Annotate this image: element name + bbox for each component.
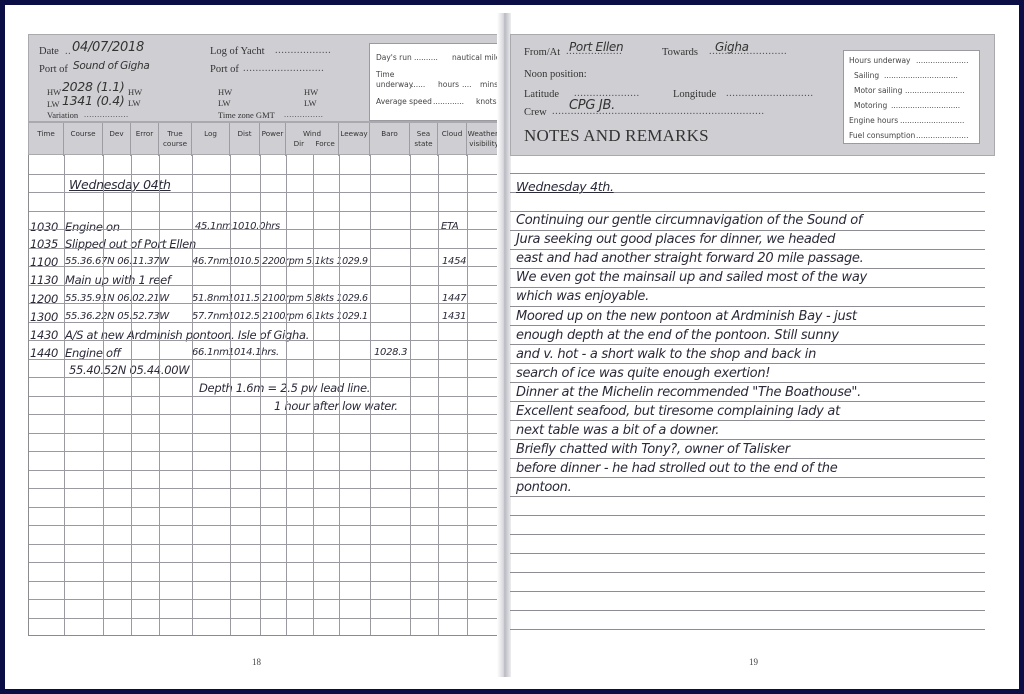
notes-title: NOTES AND REMARKS xyxy=(524,126,709,146)
lw-label: LW xyxy=(47,99,60,109)
ruled-line xyxy=(510,230,985,231)
port-of-2-label: Port of xyxy=(210,64,239,75)
fuel-consumption-label: Fuel consumption xyxy=(849,131,915,140)
day-heading: Wednesday 04th xyxy=(69,177,171,192)
lw-value: 1341 (0.4) xyxy=(62,93,124,108)
entry-time: 1030 xyxy=(30,220,58,234)
hw-label: HW xyxy=(47,87,61,97)
motor-sailing-label: Motor sailing xyxy=(854,86,902,95)
variation-dots: ................. xyxy=(84,109,129,119)
col-wind: Wind Dir Force xyxy=(286,123,339,156)
entry-log: 57.7nm xyxy=(192,311,229,322)
ruled-line xyxy=(510,287,985,288)
engine-hours-label: Engine hours xyxy=(849,116,898,125)
ruled-line xyxy=(510,211,985,212)
motoring-label: Motoring xyxy=(854,101,887,110)
grid-row-line xyxy=(29,433,500,434)
grid-row-line xyxy=(29,562,500,563)
grid-column-line xyxy=(313,155,314,635)
ruled-line xyxy=(510,458,985,459)
crew-value: CPG JB. xyxy=(569,98,615,113)
grid-row-line xyxy=(29,174,500,175)
depth-note: Depth 1.6m = 2.5 pw lead line. xyxy=(199,381,370,395)
grid-column-line xyxy=(260,155,261,635)
hours-dots: .... xyxy=(462,80,472,89)
entry-extra: 1014.1hrs. xyxy=(228,347,279,358)
grid-row-line xyxy=(29,599,500,600)
note-line: which was enjoyable. xyxy=(516,289,649,304)
grid-row-line xyxy=(29,303,500,304)
grid-row-line xyxy=(29,322,500,323)
ruled-line xyxy=(510,496,985,497)
grid-row-line xyxy=(29,377,500,378)
variation-label: Variation xyxy=(47,110,78,120)
tide-note: 1 hour after low water. xyxy=(274,399,398,413)
note-line: We even got the mainsail up and sailed m… xyxy=(516,270,867,285)
hours-underway-dots: ...................... xyxy=(916,56,968,65)
time-label: Time xyxy=(376,70,394,79)
hours-box: Hours underway ...................... Sa… xyxy=(843,50,980,144)
lw-label-4: LW xyxy=(304,98,317,108)
notes-header: From/At .................. Port Ellen To… xyxy=(510,34,995,156)
lw-label-2: LW xyxy=(128,98,141,108)
ruled-line xyxy=(510,629,985,630)
grid-row-line xyxy=(29,525,500,526)
port-of-2-dots: .......................... xyxy=(243,63,324,74)
page-number-19: 19 xyxy=(749,657,758,667)
col-dist: Dist xyxy=(230,123,260,156)
ruled-line xyxy=(510,344,985,345)
latitude-label: Latitude xyxy=(524,89,559,100)
true-label: True xyxy=(167,129,182,138)
col-leeway: Leeway xyxy=(339,123,370,156)
col-sea-state: Seastate xyxy=(410,123,438,156)
ruled-line xyxy=(510,591,985,592)
hw-value: 2028 (1.1) xyxy=(62,79,124,94)
entry-text: Engine off xyxy=(65,346,120,360)
logbook-spread: Date .. 04/07/2018 Port of Sound of Gigh… xyxy=(5,5,1019,689)
ruled-line xyxy=(510,268,985,269)
grid-column-line xyxy=(159,155,160,635)
col-dev: Dev xyxy=(103,123,131,156)
log-table-grid: Wednesday 04th 1030 Engine on 45.1nm 101… xyxy=(28,155,500,636)
col-true-course: Truecourse xyxy=(159,123,192,156)
ruled-line xyxy=(510,306,985,307)
note-line: next table was a bit of a downer. xyxy=(516,423,719,438)
date-dots: .. xyxy=(65,46,71,57)
log-of-yacht-label: Log of Yacht xyxy=(210,46,265,57)
entry-text: 55.36.22N 05.52.73W xyxy=(65,311,169,322)
right-page: From/At .................. Port Ellen To… xyxy=(502,5,1019,689)
grid-column-line xyxy=(410,155,411,635)
col-weather: Weather/visibility xyxy=(467,123,501,156)
ruled-line xyxy=(510,515,985,516)
state-label: state xyxy=(414,139,432,148)
grid-row-line xyxy=(29,581,500,582)
sailing-label: Sailing xyxy=(854,71,879,80)
port-of-value: Sound of Gigha xyxy=(73,60,149,72)
entry-log: 66.1nm xyxy=(192,347,229,358)
crew-label: Crew xyxy=(524,107,547,118)
days-run-dots: .......... xyxy=(414,53,438,62)
grid-column-line xyxy=(286,155,287,635)
hw-label-3: HW xyxy=(218,87,232,97)
ruled-line xyxy=(510,439,985,440)
knots-label: knots xyxy=(476,97,497,106)
grid-row-line xyxy=(29,470,500,471)
ruled-line xyxy=(510,173,985,174)
days-run-box: Day's run .......... nautical miles Time… xyxy=(369,43,500,121)
grid-row-line xyxy=(29,488,500,489)
underway-label: underway xyxy=(376,80,413,89)
entry-cloud: 1431 xyxy=(442,311,466,322)
entry-text: 55.40.52N 05.44.00W xyxy=(69,363,189,377)
note-line: Jura seeking out good places for dinner,… xyxy=(516,232,835,247)
grid-column-line xyxy=(467,155,468,635)
motoring-dots: ............................. xyxy=(891,101,960,110)
grid-column-line xyxy=(230,155,231,635)
grid-row-line xyxy=(29,192,500,193)
grid-column-line xyxy=(370,155,371,635)
note-line: Briefly chatted with Tony?, owner of Tal… xyxy=(516,442,790,457)
hw-label-4: HW xyxy=(304,87,318,97)
hours-label: hours xyxy=(438,80,459,89)
grid-row-line xyxy=(29,359,500,360)
grid-row-line xyxy=(29,507,500,508)
grid-row-line xyxy=(29,544,500,545)
wind-label: Wind xyxy=(303,129,321,138)
hours-underway-label: Hours underway xyxy=(849,56,911,65)
col-cloud: Cloud xyxy=(438,123,467,156)
col-baro: Baro xyxy=(370,123,410,156)
engine-hours-dots: ........................... xyxy=(900,116,964,125)
ruled-line xyxy=(510,534,985,535)
ruled-line xyxy=(510,553,985,554)
entry-text: Engine on xyxy=(65,220,120,234)
entry-log: 45.1nm xyxy=(195,221,232,232)
ruled-line xyxy=(510,572,985,573)
grid-row-line xyxy=(29,266,500,267)
visibility-label: visibility xyxy=(469,139,499,148)
grid-row-line xyxy=(29,229,500,230)
grid-column-line xyxy=(339,155,340,635)
grid-row-line xyxy=(29,211,500,212)
underway-dots: ...... xyxy=(411,80,425,89)
sea-label: Sea xyxy=(417,129,430,138)
left-page: Date .. 04/07/2018 Port of Sound of Gigh… xyxy=(5,5,502,689)
longitude-dots: ............................ xyxy=(726,88,814,99)
note-line: Dinner at the Michelin recommended "The … xyxy=(516,385,861,400)
ruled-line xyxy=(510,477,985,478)
grid-row-line xyxy=(29,396,500,397)
time-zone-label: Time zone GMT xyxy=(218,110,275,120)
ruled-line xyxy=(510,325,985,326)
grid-row-line xyxy=(29,285,500,286)
grid-column-line xyxy=(64,155,65,635)
log-of-yacht-dots: .................. xyxy=(275,45,331,56)
grid-row-line xyxy=(29,618,500,619)
col-course: Course xyxy=(64,123,103,156)
note-line: enough depth at the end of the pontoon. … xyxy=(516,328,839,343)
hw-label-2: HW xyxy=(128,87,142,97)
note-line: and v. hot - a short walk to the shop an… xyxy=(516,347,816,362)
towards-value: Gigha xyxy=(715,40,749,54)
note-line: Continuing our gentle circumnavigation o… xyxy=(516,213,862,228)
entry-baro: 1028.3 xyxy=(374,347,407,358)
average-speed-label: Average speed xyxy=(376,97,432,106)
towards-label: Towards xyxy=(662,47,698,58)
mins-label: mins xyxy=(480,80,498,89)
date-value: 04/07/2018 xyxy=(72,40,144,55)
course-label: course xyxy=(163,139,187,148)
from-value: Port Ellen xyxy=(569,40,623,54)
ruled-line xyxy=(510,382,985,383)
note-line: east and had another straight forward 20… xyxy=(516,251,863,266)
days-run-label: Day's run xyxy=(376,53,412,62)
motor-sailing-dots: ......................... xyxy=(905,86,965,95)
ruled-line xyxy=(510,249,985,250)
weather-label: Weather/ xyxy=(468,129,501,138)
log-table-header: Time Course Dev Error Truecourse Log Dis… xyxy=(28,122,500,155)
note-line: pontoon. xyxy=(516,480,571,495)
wind-dir-label: Dir xyxy=(287,139,311,149)
sailing-dots: ............................... xyxy=(884,71,958,80)
grid-row-line xyxy=(29,248,500,249)
grid-column-line xyxy=(192,155,193,635)
ruled-line xyxy=(510,401,985,402)
ruled-line xyxy=(510,610,985,611)
grid-column-line xyxy=(103,155,104,635)
port-of-label: Port of xyxy=(39,64,68,75)
lw-label-3: LW xyxy=(218,98,231,108)
grid-column-line xyxy=(438,155,439,635)
noon-position-label: Noon position: xyxy=(524,69,587,80)
col-power: Power xyxy=(260,123,286,156)
entry-extra: 1012.5 2100rpm 6.1kts 1029.1 xyxy=(228,311,368,322)
note-line: Moored up on the new pontoon at Ardminis… xyxy=(516,309,857,324)
log-header: Date .. 04/07/2018 Port of Sound of Gigh… xyxy=(28,34,500,122)
entry-cloud: ETA xyxy=(441,221,458,232)
grid-row-line xyxy=(29,451,500,452)
ruled-line xyxy=(510,420,985,421)
col-time: Time xyxy=(29,123,64,156)
longitude-label: Longitude xyxy=(673,89,716,100)
fuel-consumption-dots: ...................... xyxy=(916,131,968,140)
average-speed-dots: ............. xyxy=(433,97,464,106)
entry-extra: 1010.0hrs xyxy=(232,221,280,232)
time-zone-dots: ............... xyxy=(284,109,323,119)
grid-row-line xyxy=(29,414,500,415)
ruled-line xyxy=(510,363,985,364)
grid-column-line xyxy=(131,155,132,635)
notes-day-heading: Wednesday 4th. xyxy=(516,179,614,194)
entry-time: 1440 xyxy=(30,346,58,360)
grid-row-line xyxy=(29,340,500,341)
page-number-18: 18 xyxy=(252,657,261,667)
note-line: Excellent seafood, but tiresome complain… xyxy=(516,404,840,419)
col-error: Error xyxy=(131,123,159,156)
note-line: before dinner - he had strolled out to t… xyxy=(516,461,837,476)
col-log: Log xyxy=(192,123,230,156)
from-label: From/At xyxy=(524,47,560,58)
note-line: search of ice was quite enough exertion! xyxy=(516,366,770,381)
wind-force-label: Force xyxy=(313,139,337,149)
date-label: Date xyxy=(39,46,59,57)
